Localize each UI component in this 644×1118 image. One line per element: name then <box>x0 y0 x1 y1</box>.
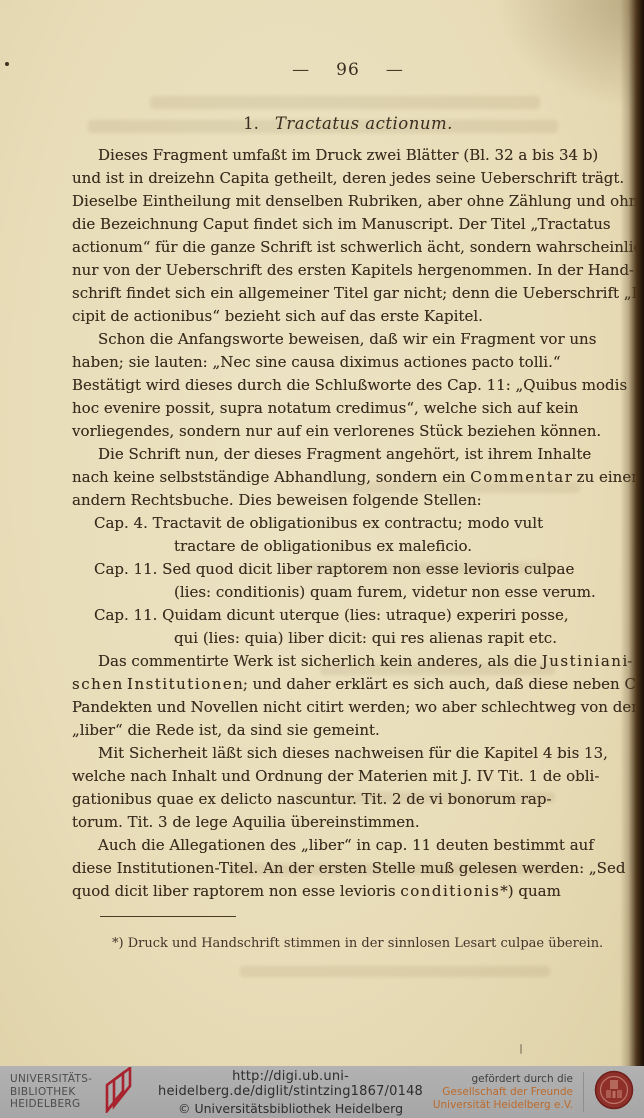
library-wordmark: UNIVERSITÄTS- BIBLIOTHEK HEIDELBERG <box>10 1073 92 1111</box>
text-line: Die Schrift nun, der dieses Fragment ang… <box>72 443 624 466</box>
paragraph: Dieses Fragment umfaßt im Druck zwei Blä… <box>72 144 624 328</box>
paragraph: Schon die Anfangsworte beweisen, daß wir… <box>72 328 624 443</box>
paragraph: Auch die Allegationen des „liber“ in cap… <box>72 834 624 903</box>
text-line: tractare de obligationibus ex maleficio. <box>94 535 624 558</box>
funder-name: Gesellschaft der Freunde <box>433 1086 573 1099</box>
scan-speck <box>520 1044 522 1054</box>
text-line: qui (lies: quia) liber dicit: qui res al… <box>94 627 624 650</box>
bleedthrough-ghost <box>150 96 540 109</box>
paragraph: Die Schrift nun, der dieses Fragment ang… <box>72 443 624 512</box>
paragraph: Mit Sicherheit läßt sich dieses nachweis… <box>72 742 624 834</box>
text-line: andern Rechtsbuche. Dies beweisen folgen… <box>72 489 624 512</box>
cap-list-item: Cap. 4. Tractavit de obligationibus ex c… <box>72 512 624 558</box>
text-line: Auch die Allegationen des „liber“ in cap… <box>72 834 624 857</box>
text-line: haben; sie lauten: „Nec sine causa dixim… <box>72 351 624 374</box>
cap-list-item: Cap. 11. Quidam dicunt uterque (lies: ut… <box>72 604 624 650</box>
page-number: 96 <box>336 60 360 80</box>
text-line: Mit Sicherheit läßt sich dieses nachweis… <box>72 742 624 765</box>
university-seal-icon <box>594 1070 634 1114</box>
text-line: die Bezeichnung Caput findet sich im Man… <box>72 213 624 236</box>
text-line: nur von der Ueberschrift des ersten Kapi… <box>72 259 624 282</box>
text-line: torum. Tit. 3 de lege Aquilia übereinsti… <box>72 811 624 834</box>
text-line: diese Institutionen-Titel. An der ersten… <box>72 857 624 880</box>
digitized-book-page: —96— 1.Tractatus actionum. Dieses Fragme… <box>0 0 644 1118</box>
text-line: Cap. 11. Quidam dicunt uterque (lies: ut… <box>94 604 624 627</box>
text-line: s c h e n I n s t i t u t i o n e n; und… <box>72 673 624 696</box>
header-dash: — <box>292 60 310 80</box>
text-line: nach keine selbstständige Abhandlung, so… <box>72 466 624 489</box>
text-line: (lies: conditionis) quam furem, videtur … <box>94 581 624 604</box>
library-name-line: BIBLIOTHEK <box>10 1086 92 1099</box>
text-line: actionum“ für die ganze Schrift ist schw… <box>72 236 624 259</box>
text-line: hoc evenire possit, supra notatum credim… <box>72 397 624 420</box>
text-line: welche nach Inhalt und Ordnung der Mater… <box>72 765 624 788</box>
section-number: 1. <box>243 114 259 133</box>
footnote-separator <box>100 916 236 917</box>
text-line: Dieses Fragment umfaßt im Druck zwei Blä… <box>72 144 624 167</box>
bleedthrough-ghost <box>240 966 550 977</box>
text-line: Das commentirte Werk ist sicherlich kein… <box>72 650 624 673</box>
cap-list-item: Cap. 11. Sed quod dicit liber raptorem n… <box>72 558 624 604</box>
page-edge-shadow <box>620 0 644 1066</box>
text-line: Cap. 11. Sed quod dicit liber raptorem n… <box>94 558 624 581</box>
body-text: Dieses Fragment umfaßt im Druck zwei Blä… <box>72 144 624 903</box>
funded-by-label: gefördert durch die <box>433 1073 573 1086</box>
section-title: Tractatus actionum. <box>275 114 453 133</box>
footer-bar: UNIVERSITÄTS- BIBLIOTHEK HEIDELBERG http… <box>0 1066 644 1118</box>
funding-note: gefördert durch die Gesellschaft der Fre… <box>433 1073 573 1112</box>
text-line: Bestätigt wird dieses durch die Schlußwo… <box>72 374 624 397</box>
text-line: „liber“ die Rede ist, da sind sie gemein… <box>72 719 624 742</box>
text-line: vorliegendes, sondern nur auf ein verlor… <box>72 420 624 443</box>
library-name-line: HEIDELBERG <box>10 1098 92 1111</box>
footer-divider <box>583 1072 584 1112</box>
text-line: quod dicit liber raptorem non esse levio… <box>72 880 624 903</box>
text-line: Schon die Anfangsworte beweisen, daß wir… <box>72 328 624 351</box>
text-line: cipit de actionibus“ bezieht sich auf da… <box>72 305 624 328</box>
text-line: Dieselbe Eintheilung mit denselben Rubri… <box>72 190 624 213</box>
section-heading: 1.Tractatus actionum. <box>72 114 624 133</box>
text-line: und ist in dreizehn Capita getheilt, der… <box>72 167 624 190</box>
library-logo-icon <box>98 1067 140 1117</box>
page-header: —96— <box>72 60 624 80</box>
page-citation: http://digi.ub.uni-heidelberg.de/diglit/… <box>148 1069 433 1116</box>
funder-name: Universität Heidelberg e.V. <box>433 1099 573 1112</box>
page-url: http://digi.ub.uni-heidelberg.de/diglit/… <box>148 1069 433 1099</box>
copyright-text: © Universitätsbibliothek Heidelberg <box>148 1101 433 1116</box>
header-dash: — <box>386 60 404 80</box>
text-line: Pandekten und Novellen nicht citirt werd… <box>72 696 624 719</box>
text-line: schrift findet sich ein allgemeiner Tite… <box>72 282 624 305</box>
scan-speck <box>5 62 9 66</box>
text-line: gationibus quae ex delicto nascuntur. Ti… <box>72 788 624 811</box>
library-name-line: UNIVERSITÄTS- <box>10 1073 92 1086</box>
footnote: *) Druck und Handschrift stimmen in der … <box>72 936 644 951</box>
text-line: Cap. 4. Tractavit de obligationibus ex c… <box>94 512 624 535</box>
paragraph: Das commentirte Werk ist sicherlich kein… <box>72 650 624 742</box>
